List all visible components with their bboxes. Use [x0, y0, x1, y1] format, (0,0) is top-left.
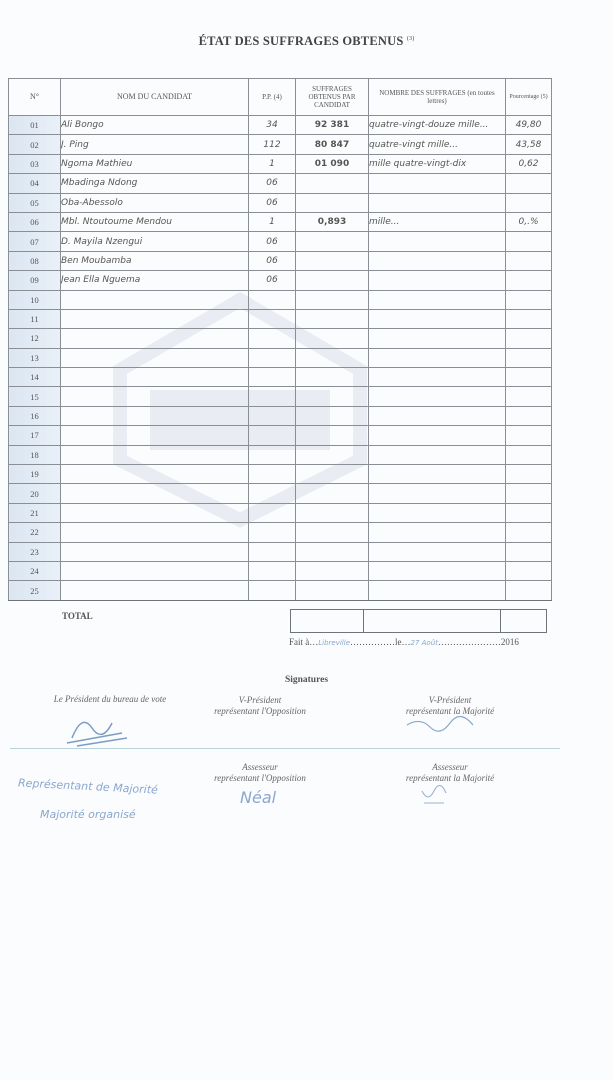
row-number: 22 [9, 523, 61, 542]
votes-value [296, 484, 369, 503]
votes-in-words [369, 484, 506, 503]
pp-value [249, 387, 296, 406]
pp-value: 112 [249, 135, 296, 154]
votes-value [296, 406, 369, 425]
percentage-value [506, 523, 552, 542]
table-row: 14 [9, 368, 552, 387]
pp-value: 34 [249, 116, 296, 135]
votes-in-words [369, 290, 506, 309]
table-row: 01Ali Bongo3492 381quatre-vingt-douze mi… [9, 116, 552, 135]
table-row: 03Ngoma Mathieu101 090mille quatre-vingt… [9, 154, 552, 173]
candidate-name [61, 387, 249, 406]
assesseur-majorite-signature [418, 785, 448, 807]
votes-in-words [369, 232, 506, 251]
candidate-name: Jean Ella Nguema [61, 271, 249, 290]
fait-line: Fait à…Libreville……………le…27 Août…………………2… [289, 637, 519, 647]
total-votes-cell [291, 610, 364, 633]
votes-in-words [369, 445, 506, 464]
row-number: 19 [9, 465, 61, 484]
assesseur-opposition-label: Assesseurreprésentant l'Opposition [195, 762, 325, 784]
percentage-value [506, 271, 552, 290]
candidate-name [61, 348, 249, 367]
assesseur-majorite-label: Assesseurreprésentant la Majorité [385, 762, 515, 784]
assesseur-opposition-signature: Néal [240, 788, 276, 807]
votes-in-words [369, 426, 506, 445]
percentage-value [506, 465, 552, 484]
pp-value [249, 523, 296, 542]
pp-value [249, 465, 296, 484]
handwritten-note-line2: Majorité organisé [40, 808, 136, 821]
pp-value [249, 426, 296, 445]
header-percentage: Pourcentage (5) [506, 79, 552, 116]
pp-value [249, 445, 296, 464]
table-row: 15 [9, 387, 552, 406]
percentage-value [506, 232, 552, 251]
table-row: 19 [9, 465, 552, 484]
signatures-title: Signatures [0, 675, 613, 685]
row-number: 16 [9, 406, 61, 425]
candidate-name: Ali Bongo [61, 116, 249, 135]
votes-value [296, 309, 369, 328]
table-row: 12 [9, 329, 552, 348]
candidate-name [61, 329, 249, 348]
percentage-value [506, 484, 552, 503]
votes-value [296, 445, 369, 464]
table-row: 07D. Mayila Nzengui06 [9, 232, 552, 251]
candidate-name [61, 465, 249, 484]
votes-in-words [369, 561, 506, 580]
votes-in-words [369, 387, 506, 406]
candidate-name [61, 368, 249, 387]
row-number: 08 [9, 251, 61, 270]
percentage-value [506, 329, 552, 348]
votes-value [296, 329, 369, 348]
row-number: 09 [9, 271, 61, 290]
vp-majorite-label: V-Présidentreprésentant la Majorité [385, 695, 515, 717]
row-number: 13 [9, 348, 61, 367]
percentage-value [506, 368, 552, 387]
votes-in-words [369, 503, 506, 522]
percentage-value [506, 503, 552, 522]
votes-in-words: quatre-vingt-douze mille... [369, 116, 506, 135]
row-number: 20 [9, 484, 61, 503]
votes-value [296, 251, 369, 270]
vp-majorite-signature [405, 715, 475, 733]
table-row: 16 [9, 406, 552, 425]
header-candidate-name: NOM DU CANDIDAT [61, 79, 249, 116]
table-row: 11 [9, 309, 552, 328]
pp-value [249, 368, 296, 387]
vp-opposition-label: V-Présidentreprésentant l'Opposition [195, 695, 325, 717]
percentage-value [506, 406, 552, 425]
pp-value [249, 503, 296, 522]
pp-value [249, 290, 296, 309]
votes-value [296, 368, 369, 387]
candidate-name: Oba-Abessolo [61, 193, 249, 212]
table-row: 21 [9, 503, 552, 522]
percentage-value [506, 561, 552, 580]
votes-in-words [369, 174, 506, 193]
table-row: 08Ben Moubamba06 [9, 251, 552, 270]
table-row: 06Mbl. Ntoutoume Mendou10,893mille...0,.… [9, 212, 552, 231]
total-label: TOTAL [62, 611, 93, 621]
votes-value [296, 193, 369, 212]
candidate-name [61, 484, 249, 503]
candidate-name [61, 406, 249, 425]
percentage-value [506, 426, 552, 445]
candidate-name [61, 542, 249, 561]
percentage-value [506, 174, 552, 193]
votes-value [296, 290, 369, 309]
votes-value [296, 426, 369, 445]
table-row: 17 [9, 426, 552, 445]
total-percent-cell [501, 610, 547, 633]
table-row: 10 [9, 290, 552, 309]
votes-value [296, 561, 369, 580]
percentage-value [506, 445, 552, 464]
percentage-value [506, 251, 552, 270]
candidate-name: Mbl. Ntoutoume Mendou [61, 212, 249, 231]
row-number: 06 [9, 212, 61, 231]
candidate-name [61, 581, 249, 600]
total-row [290, 609, 547, 633]
votes-value [296, 348, 369, 367]
table-row: 25 [9, 581, 552, 600]
votes-in-words [369, 465, 506, 484]
table-row: 05Oba-Abessolo06 [9, 193, 552, 212]
votes-in-words: mille quatre-vingt-dix [369, 154, 506, 173]
votes-in-words [369, 581, 506, 600]
table-row: 20 [9, 484, 552, 503]
votes-value [296, 174, 369, 193]
candidate-name: Mbadinga Ndong [61, 174, 249, 193]
handwritten-note-line1: Représentant de Majorité [18, 776, 158, 796]
pp-value [249, 329, 296, 348]
fait-year: 2016 [501, 637, 519, 647]
votes-in-words [369, 406, 506, 425]
percentage-value: 0,.% [506, 212, 552, 231]
votes-value: 80 847 [296, 135, 369, 154]
divider [10, 748, 560, 749]
candidate-name [61, 290, 249, 309]
row-number: 11 [9, 309, 61, 328]
header-pp: P.P. (4) [249, 79, 296, 116]
votes-in-words [369, 368, 506, 387]
candidate-name [61, 523, 249, 542]
pp-value [249, 581, 296, 600]
percentage-value: 0,62 [506, 154, 552, 173]
percentage-value: 43,58 [506, 135, 552, 154]
percentage-value [506, 193, 552, 212]
votes-value [296, 503, 369, 522]
candidate-name [61, 309, 249, 328]
row-number: 23 [9, 542, 61, 561]
pp-value: 1 [249, 212, 296, 231]
table-row: 09Jean Ella Nguema06 [9, 271, 552, 290]
votes-value [296, 387, 369, 406]
table-row: 23 [9, 542, 552, 561]
row-number: 18 [9, 445, 61, 464]
row-number: 14 [9, 368, 61, 387]
table-row: 02J. Ping11280 847quatre-vingt mille...4… [9, 135, 552, 154]
row-number: 02 [9, 135, 61, 154]
percentage-value [506, 387, 552, 406]
table-row: 22 [9, 523, 552, 542]
pp-value [249, 561, 296, 580]
pp-value [249, 406, 296, 425]
president-signature [62, 708, 132, 748]
candidate-name: D. Mayila Nzengui [61, 232, 249, 251]
percentage-value: 49,80 [506, 116, 552, 135]
row-number: 12 [9, 329, 61, 348]
votes-value [296, 542, 369, 561]
candidate-name [61, 445, 249, 464]
pp-value: 06 [249, 232, 296, 251]
pp-value [249, 348, 296, 367]
votes-value [296, 523, 369, 542]
president-label: Le Président du bureau de vote [30, 694, 190, 705]
header-votes-in-words: NOMBRE DES SUFFRAGES (en toutes lettres) [369, 79, 506, 116]
votes-value: 92 381 [296, 116, 369, 135]
candidate-name: Ngoma Mathieu [61, 154, 249, 173]
pp-value [249, 309, 296, 328]
candidate-name: Ben Moubamba [61, 251, 249, 270]
fait-date: 27 Août [411, 639, 438, 647]
candidate-name [61, 503, 249, 522]
total-words-cell [364, 610, 501, 633]
pp-value: 06 [249, 251, 296, 270]
votes-value [296, 465, 369, 484]
votes-value [296, 232, 369, 251]
percentage-value [506, 542, 552, 561]
row-number: 05 [9, 193, 61, 212]
table-row: 04Mbadinga Ndong06 [9, 174, 552, 193]
pp-value: 06 [249, 271, 296, 290]
row-number: 25 [9, 581, 61, 600]
pp-value [249, 542, 296, 561]
row-number: 21 [9, 503, 61, 522]
percentage-value [506, 290, 552, 309]
votes-in-words [369, 251, 506, 270]
pp-value: 06 [249, 174, 296, 193]
candidate-name [61, 426, 249, 445]
pp-value: 1 [249, 154, 296, 173]
row-number: 15 [9, 387, 61, 406]
votes-in-words [369, 309, 506, 328]
row-number: 24 [9, 561, 61, 580]
percentage-value [506, 581, 552, 600]
pp-value [249, 484, 296, 503]
votes-in-words: quatre-vingt mille... [369, 135, 506, 154]
votes-in-words [369, 542, 506, 561]
row-number: 07 [9, 232, 61, 251]
row-number: 03 [9, 154, 61, 173]
votes-in-words [369, 193, 506, 212]
votes-value: 01 090 [296, 154, 369, 173]
row-number: 17 [9, 426, 61, 445]
candidate-name: J. Ping [61, 135, 249, 154]
header-number: N° [9, 79, 61, 116]
candidate-name [61, 561, 249, 580]
table-row: 18 [9, 445, 552, 464]
header-votes: SUFFRAGES OBTENUS PAR CANDIDAT [296, 79, 369, 116]
row-number: 04 [9, 174, 61, 193]
votes-value [296, 581, 369, 600]
votes-in-words: mille... [369, 212, 506, 231]
pp-value: 06 [249, 193, 296, 212]
votes-value [296, 271, 369, 290]
table-row: 24 [9, 561, 552, 580]
row-number: 10 [9, 290, 61, 309]
results-table: N° NOM DU CANDIDAT P.P. (4) SUFFRAGES OB… [8, 78, 552, 601]
percentage-value [506, 309, 552, 328]
document-title: ÉTAT DES SUFFRAGES OBTENUS (3) [0, 34, 613, 49]
votes-in-words [369, 329, 506, 348]
votes-in-words [369, 348, 506, 367]
votes-value: 0,893 [296, 212, 369, 231]
row-number: 01 [9, 116, 61, 135]
percentage-value [506, 348, 552, 367]
fait-place: Libreville [318, 639, 350, 647]
votes-in-words [369, 523, 506, 542]
votes-in-words [369, 271, 506, 290]
table-row: 13 [9, 348, 552, 367]
